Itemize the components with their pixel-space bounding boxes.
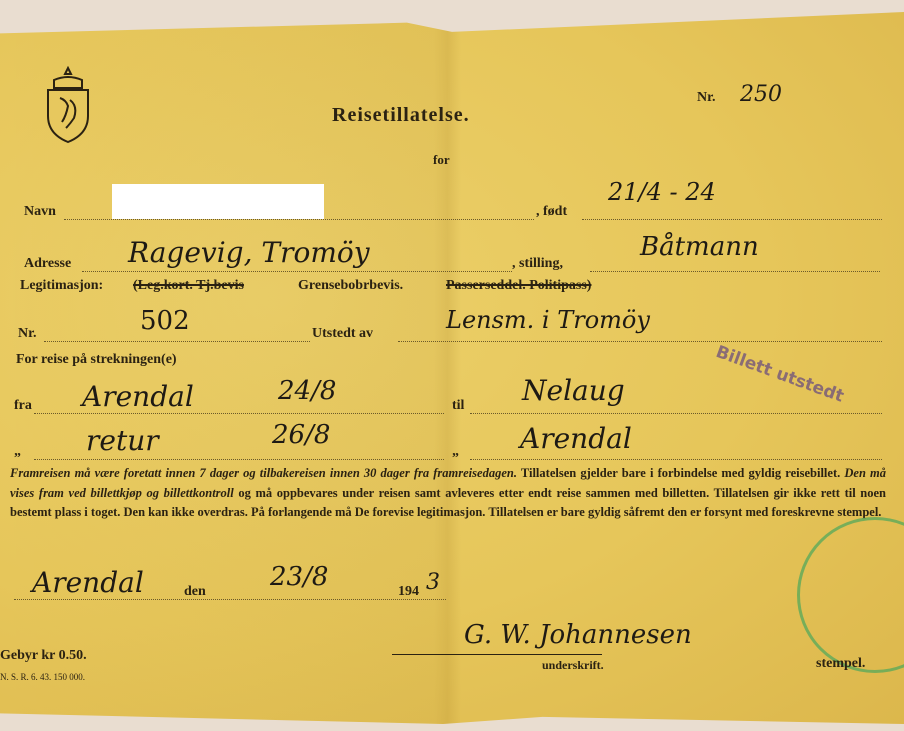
issue-place[interactable]: Arendal <box>32 566 144 599</box>
stilling-label: , stilling, <box>512 256 563 272</box>
issue-date[interactable]: 23/8 <box>270 562 328 592</box>
number-value: 250 <box>740 82 782 107</box>
underskrift-label: underskrift. <box>542 658 604 673</box>
strekning-label: For reise på strekningen(e) <box>16 352 177 368</box>
utstedt-av-value[interactable]: Lensm. i Tromöy <box>446 306 650 334</box>
struck-options-2: Passerseddel. Politipass) <box>446 278 591 294</box>
fodt-label: , født <box>536 204 567 220</box>
til-value[interactable]: Nelaug <box>522 374 625 407</box>
retur-date[interactable]: 26/8 <box>272 420 330 450</box>
fee-text: Gebyr kr 0.50. <box>0 648 87 664</box>
print-code: N. S. R. 6. 43. 150 000. <box>0 672 85 682</box>
stilling-value[interactable]: Båtmann <box>640 232 759 262</box>
terms-text-1: Tillatelsen gjelder bare i forbindelse m… <box>521 466 840 480</box>
navn-label: Navn <box>24 204 56 220</box>
legitimasjon-kept: Grensebobrbevis. <box>298 278 403 294</box>
til-label: til <box>452 398 464 414</box>
fra-date[interactable]: 24/8 <box>278 376 336 406</box>
adresse-value[interactable]: Ragevig, Tromöy <box>128 236 370 269</box>
retur-label: „ <box>14 444 21 460</box>
number-label: Nr. <box>697 90 716 106</box>
stempel-label: stempel. <box>816 656 865 672</box>
year-suffix[interactable]: 3 <box>426 570 440 595</box>
fodt-value[interactable]: 21/4 - 24 <box>608 178 716 206</box>
retur-til-label: „ <box>452 444 459 460</box>
nr-label: Nr. <box>18 326 37 342</box>
retur-value[interactable]: retur <box>86 424 159 457</box>
subtitle-for: for <box>433 152 450 168</box>
terms-italic-1: Framreisen må være foretatt innen 7 dage… <box>10 466 517 480</box>
coat-of-arms-icon <box>44 66 92 144</box>
document-title: Reisetillatelse. <box>332 104 470 127</box>
signature: G. W. Johannesen <box>464 620 692 650</box>
fra-value[interactable]: Arendal <box>82 380 194 413</box>
struck-options-1: (Leg.kort. Tj.bevis <box>133 278 244 294</box>
year-prefix: 194 <box>398 584 419 600</box>
redacted-name <box>112 184 324 219</box>
legitimasjon-label: Legitimasjon: <box>20 278 103 294</box>
adresse-label: Adresse <box>24 256 71 272</box>
fra-label: fra <box>14 398 32 414</box>
nr-value[interactable]: 502 <box>140 306 190 336</box>
retur-til-value[interactable]: Arendal <box>520 422 632 455</box>
den-label: den <box>184 584 206 600</box>
utstedt-av-label: Utstedt av <box>312 326 373 342</box>
terms-paragraph: Framreisen må være foretatt innen 7 dage… <box>10 464 886 523</box>
